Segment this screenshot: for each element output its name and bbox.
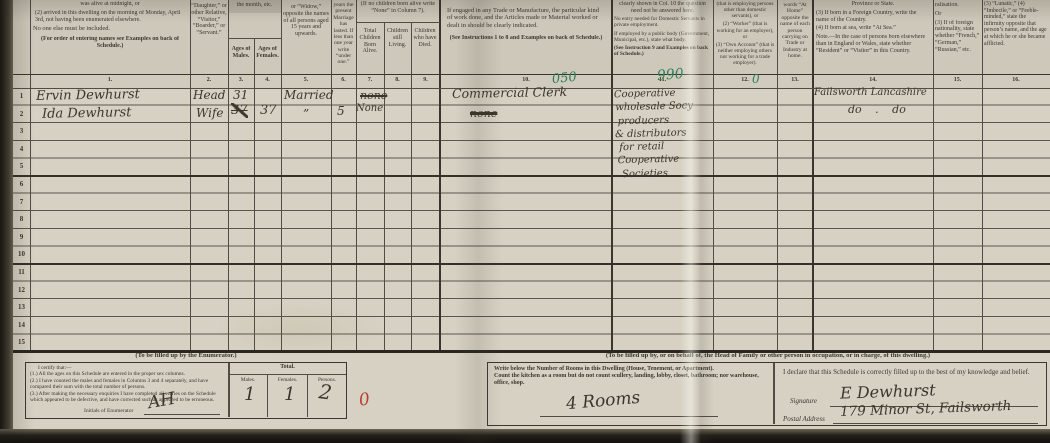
- row-number: 12: [13, 282, 30, 300]
- column-number: 5.: [281, 77, 331, 84]
- entry-children-born: None: [356, 103, 383, 114]
- certify-item: (3.) After making the necessary enquirie…: [30, 391, 224, 404]
- entry-age-females: 37: [260, 103, 277, 118]
- column-number: 13.: [777, 77, 813, 84]
- red-zero-mark: 0: [358, 389, 372, 410]
- row-number: 8: [13, 211, 30, 229]
- header-col15: ralisation. Or (3) If of foreign nationa…: [935, 2, 980, 74]
- signature-handwriting: E Dewhurst: [840, 380, 936, 402]
- grid-line: [773, 363, 775, 424]
- enumerator-certification: I certify that:— (1.) All the ages on th…: [30, 365, 224, 404]
- header-col7: Total Children Born Alive.: [357, 28, 383, 74]
- employment-code-mark: 0: [752, 72, 760, 86]
- row-grid: [13, 88, 1050, 352]
- row-number: 1: [13, 88, 30, 106]
- column-number: 16.: [982, 77, 1050, 84]
- entry-marriage-ditto: ”: [303, 107, 309, 121]
- census-schedule-scan: was alive at midnight, or (2) arrived in…: [0, 0, 1050, 443]
- header-col9: Children who have Died.: [412, 28, 438, 74]
- rooms-line: [540, 416, 718, 417]
- grid-line: [356, 22, 440, 23]
- persons-total-handwriting: 2: [317, 379, 333, 405]
- header-text: (See Instructions 1 to 8 and Examples on…: [444, 35, 608, 42]
- grid-line: [254, 38, 255, 352]
- total-label: Total.: [229, 364, 346, 370]
- header-col13: words “At Home” opposite the name of eac…: [778, 2, 812, 74]
- header-col2: “Daughter,” or other Relative, “Visitor,…: [191, 3, 227, 73]
- rooms-text: Count the kitchen as a room but do not c…: [494, 373, 768, 387]
- header-col3: Ages of Males.: [229, 46, 253, 60]
- header-text: ralisation.: [935, 2, 980, 9]
- females-total-handwriting: 1: [284, 384, 295, 405]
- header-text: Note.—In the case of persons born elsewh…: [816, 34, 930, 54]
- row-number-column: 1 2 3 4 5 6 7 8 9 10 11 12 13 14 15: [13, 88, 30, 352]
- initials-line: [144, 414, 220, 415]
- row-number: 10: [13, 246, 30, 264]
- header-col4: Ages of Females.: [255, 46, 280, 60]
- rooms-instructions: Write below the Number of Rooms in this …: [494, 366, 768, 388]
- column-number: 10.: [440, 77, 612, 84]
- header-text: was alive at midnight, or: [33, 1, 187, 8]
- enumerator-box: I certify that:— (1.) All the ages on th…: [25, 362, 347, 419]
- entry-years-married: 5: [337, 104, 345, 118]
- header-text: (3) “Own Account” (that is neither emplo…: [715, 42, 775, 67]
- row-number: 2: [13, 106, 30, 124]
- column-number: 7.: [356, 77, 384, 84]
- header-col7-9-top: (If no children born alive write “None” …: [357, 1, 439, 21]
- row-number: 7: [13, 194, 30, 212]
- header-col3-4-top: the month, etc.: [228, 2, 281, 12]
- entry-occupation: Commercial Clerk: [452, 84, 567, 101]
- row-number: 14: [13, 317, 30, 335]
- initials-label: Initials of Enumerator: [84, 408, 133, 414]
- enumerator-section-title: (To be filled up by the Enumerator.): [26, 352, 346, 359]
- header-text: (See Instruction 9 and Examples on back …: [614, 45, 711, 57]
- entry-name: Ida Dewhurst: [42, 105, 132, 122]
- rooms-text: Write below the Number of Rooms in this …: [494, 366, 768, 373]
- grid-line: [229, 374, 346, 375]
- column-number: 12.: [713, 77, 777, 84]
- entry-birthplace: Failsworth Lancashire: [814, 87, 927, 98]
- bottom-page-edge: [0, 429, 1050, 443]
- header-text: If engaged in any Trade or Manufacture, …: [444, 7, 608, 29]
- rooms-handwriting: 4 Rooms: [565, 388, 641, 414]
- row-number: 15: [13, 334, 30, 352]
- initials-handwriting: AH: [146, 389, 176, 413]
- grid-line: [228, 363, 230, 417]
- row-number: 11: [13, 264, 30, 282]
- row-number: 9: [13, 229, 30, 247]
- column-number: 6.: [331, 77, 356, 84]
- row-number: 13: [13, 299, 30, 317]
- binding-edge: [0, 0, 13, 443]
- header-text: Province or State.: [816, 1, 930, 8]
- grid-line: [13, 175, 1050, 177]
- header-col16: (3) “Lunatic,” (4) “Imbecile,” or “Feebl…: [984, 1, 1048, 73]
- industry-code-mark: 990: [656, 66, 684, 84]
- column-number: 15.: [933, 77, 982, 84]
- column-number: 4.: [254, 77, 281, 84]
- header-text: (3) If of foreign nationality, state whe…: [935, 20, 980, 54]
- males-total-handwriting: 1: [244, 384, 255, 405]
- declaration-box: Write below the Number of Rooms in this …: [487, 362, 1047, 426]
- entry-industry-block: Cooperative wholesale Socy producers & d…: [614, 86, 716, 182]
- address-label: Postal Address: [783, 415, 825, 423]
- industry-line: Societies: [622, 165, 716, 181]
- females-label: Females.: [268, 377, 307, 383]
- column-number: 3.: [228, 77, 254, 84]
- header-text: (For order of entering names see Example…: [33, 36, 187, 50]
- entry-marriage: Married: [284, 88, 334, 102]
- header-col10: If engaged in any Trade or Manufacture, …: [444, 7, 608, 73]
- header-text: (4) If born at sea, write “At Sea.”: [816, 25, 930, 32]
- header-text: If employed by a public body (Government…: [614, 31, 711, 43]
- header-text: (2) “Worker” (that is working for an emp…: [715, 21, 775, 39]
- header-text: No entry needed for Domestic Servants in…: [614, 16, 711, 28]
- header-text: clearly shown in Col. 10 the question ne…: [614, 1, 711, 14]
- entry-relation: Head: [193, 88, 225, 102]
- grid-line: [228, 38, 281, 39]
- header-col1: was alive at midnight, or (2) arrived in…: [33, 1, 187, 73]
- occupation-code-mark: 050: [551, 70, 577, 88]
- grid-line: [13, 74, 1050, 75]
- entry-age-males-struck: 37: [231, 103, 248, 118]
- row-number: 4: [13, 141, 30, 159]
- header-text: Or: [935, 11, 980, 18]
- entry-occupation-struck: none: [470, 107, 497, 120]
- declaration-section-title: (To be filled up by, or on behalf of, th…: [488, 352, 1048, 359]
- entry-children-struck: none: [360, 89, 387, 102]
- header-col8: Children still Living.: [385, 28, 410, 74]
- column-number: 2.: [190, 77, 228, 84]
- header-col11: clearly shown in Col. 10 the question ne…: [614, 1, 711, 73]
- declare-text: I declare that this Schedule is correctl…: [783, 368, 1043, 376]
- entry-age-males: 31: [233, 88, 248, 102]
- column-number: 8.: [384, 77, 411, 84]
- signature-label: Signature: [790, 397, 817, 405]
- header-text: (that is employing persons other than do…: [715, 1, 775, 19]
- grid-line: [13, 263, 1050, 265]
- column-number: 1.: [30, 77, 190, 84]
- row-number: 6: [13, 176, 30, 194]
- entry-name: Ervin Dewhurst: [36, 87, 140, 104]
- header-col14: Province or State. (3) If born in a Fore…: [816, 1, 930, 73]
- males-label: Males.: [229, 377, 267, 383]
- address-line: [833, 423, 1038, 424]
- header-col12: (that is employing persons other than do…: [715, 1, 775, 73]
- header-text: No one else must be included.: [33, 25, 187, 32]
- column-number: 9.: [411, 77, 440, 84]
- certify-item: (2.) I have counted the males and female…: [30, 378, 224, 391]
- header-text: (3) If born in a Foreign Country, write …: [816, 10, 930, 24]
- row-number: 3: [13, 123, 30, 141]
- entry-relation: Wife: [196, 106, 224, 120]
- header-text: (2) arrived in this dwelling on the morn…: [33, 10, 187, 24]
- row-number: 5: [13, 158, 30, 176]
- header-col6: years the present Marriage has lasted. I…: [332, 2, 355, 74]
- column-number: 14.: [813, 77, 933, 84]
- entry-birthplace-ditto: do . do: [848, 103, 906, 116]
- header-col5: or “Widow,” opposite the names of all pe…: [283, 4, 329, 72]
